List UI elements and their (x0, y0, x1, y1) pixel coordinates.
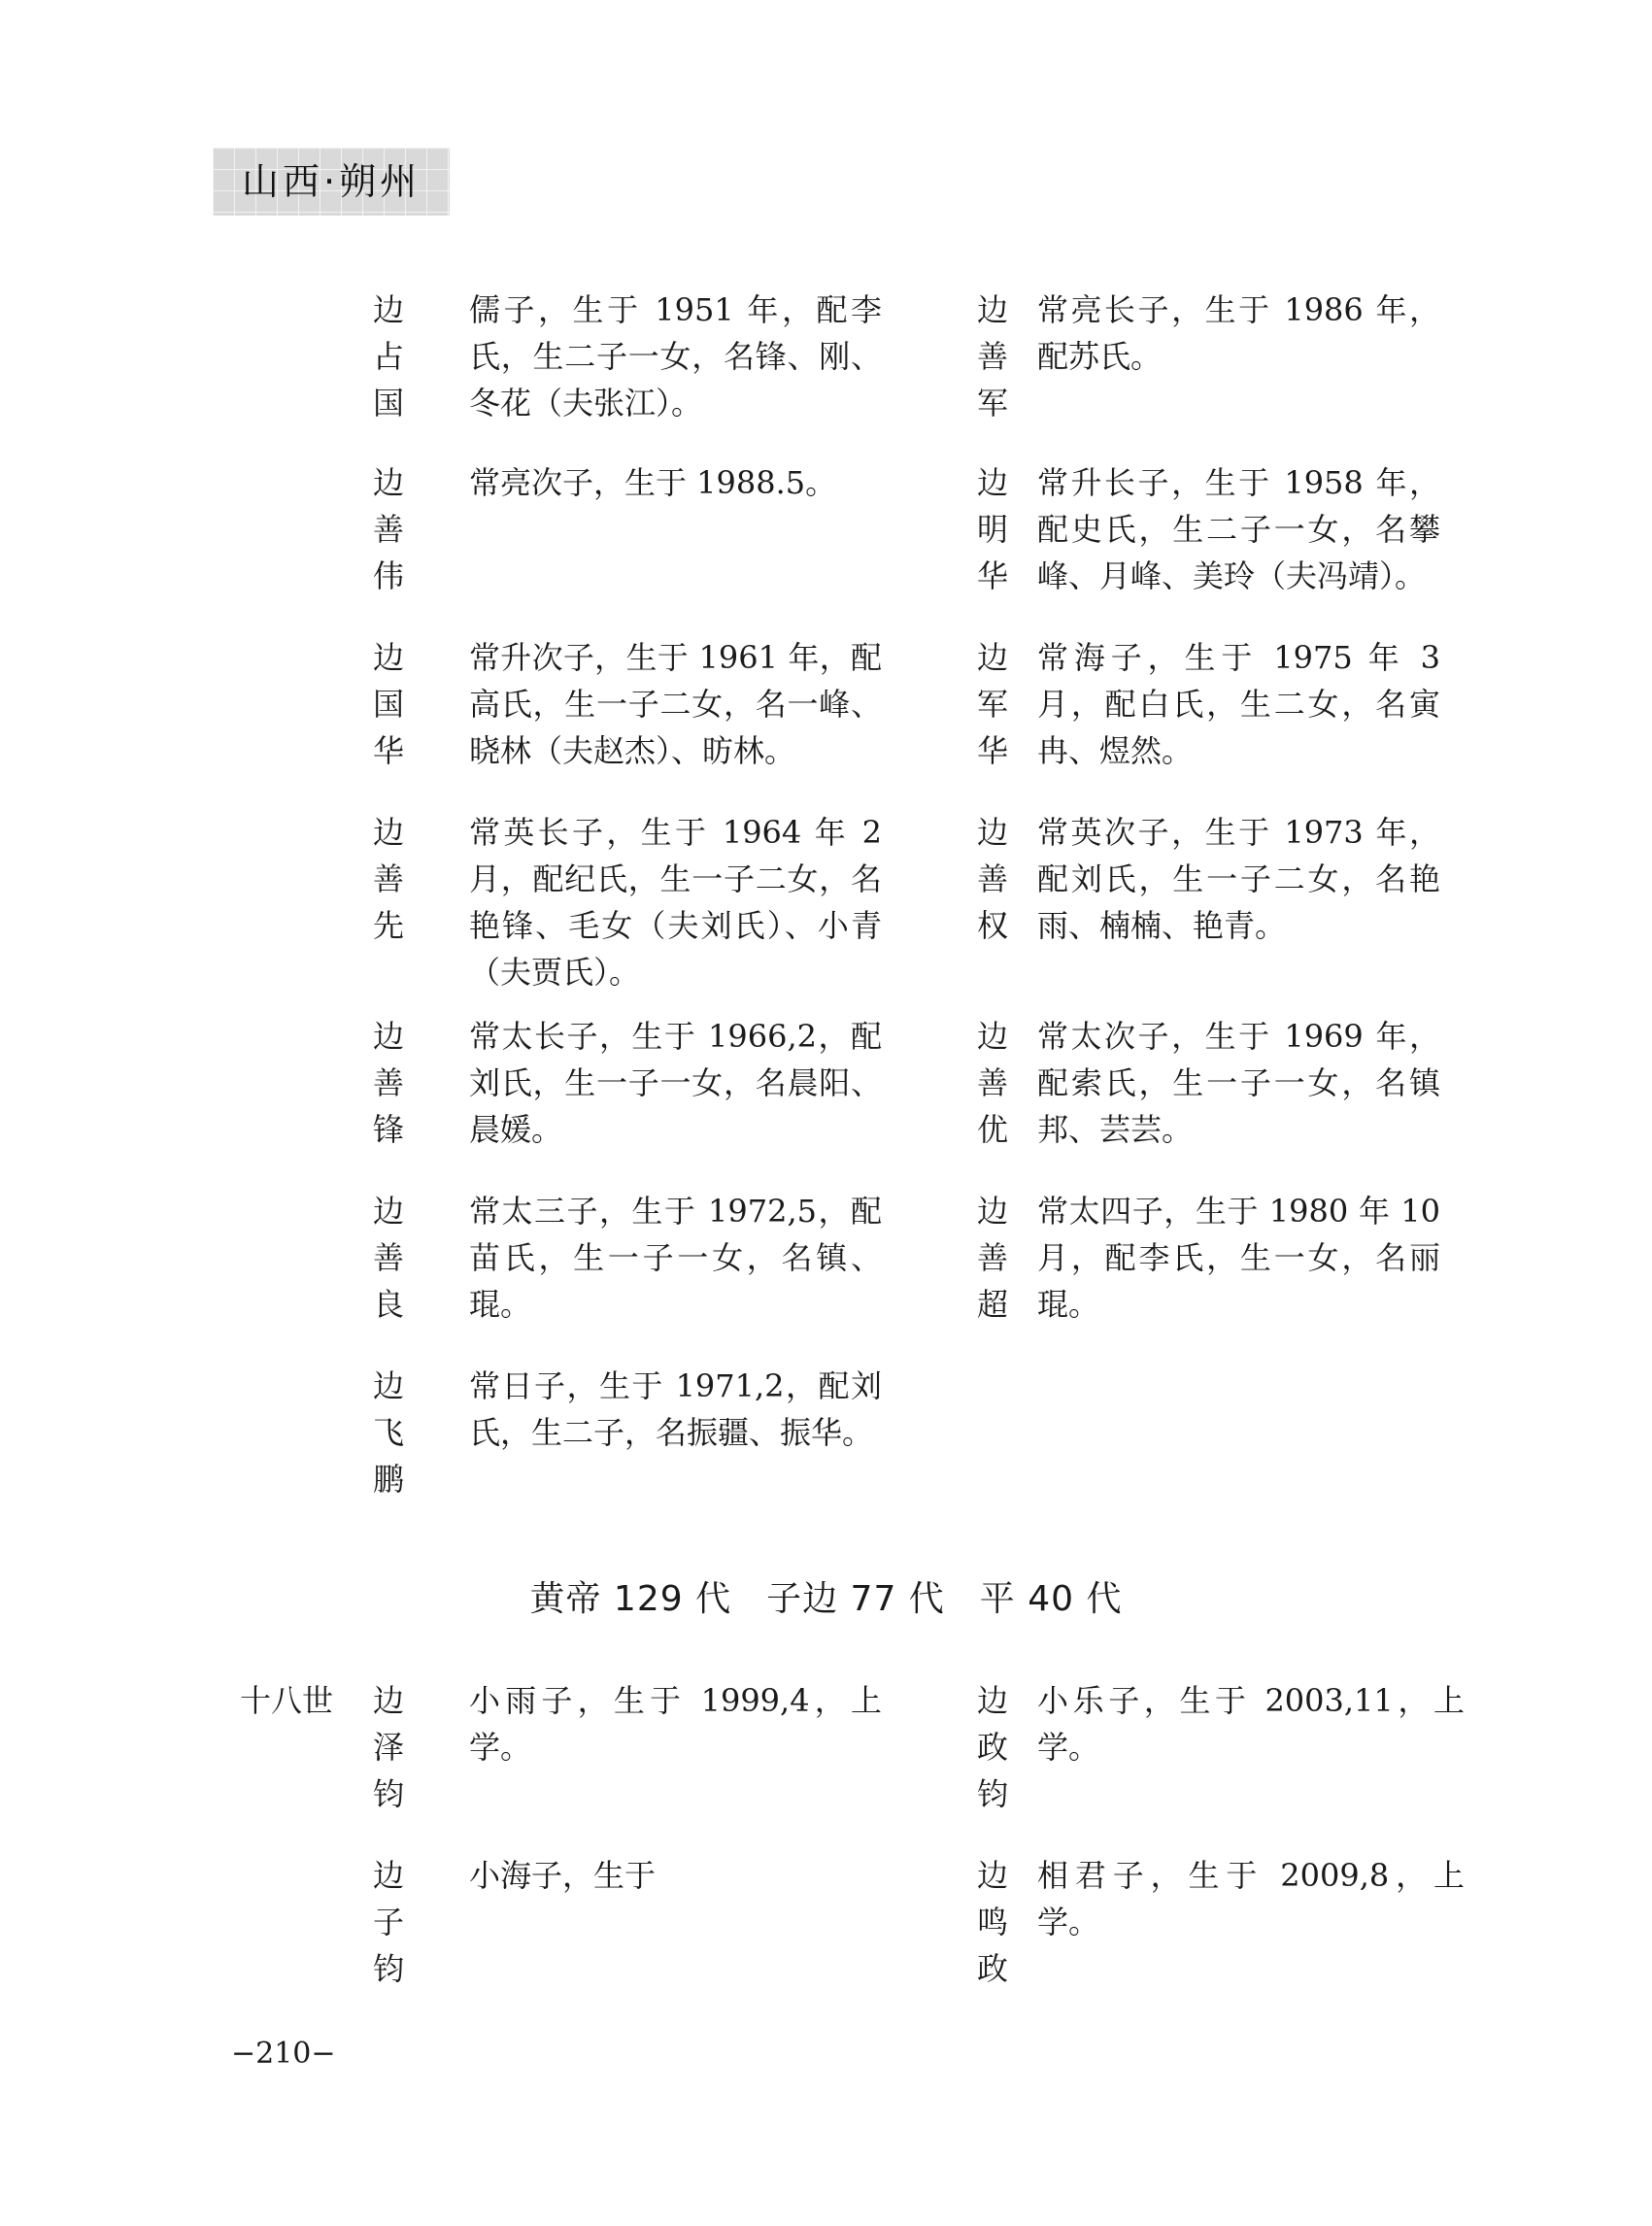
entry-name: 边善锋 (369, 1013, 408, 1153)
entry-name: 边善军 (973, 287, 1012, 426)
entry-text: 常海子，生于 1975 年 3 月，配白氏，生二女，名寅冉、煜然。 (1037, 634, 1440, 774)
entry-name: 边善伟 (369, 459, 408, 599)
entry-name: 边政钧 (973, 1677, 1012, 1817)
entry-name: 边善权 (973, 809, 1012, 949)
entry-text: 常升次子，生于 1961 年，配高氏，生一子二女，名一峰、晓林（夫赵杰）、昉林。 (469, 634, 882, 774)
heading-zibian: 子边 77 代 (766, 1579, 945, 1619)
entry-text: 常太次子，生于 1969 年，配索氏，生一子一女，名镇邦、芸芸。 (1037, 1013, 1440, 1153)
entry-text: 常太三子，生于 1972,5，配苗氏，生一子一女，名镇、琨。 (469, 1188, 882, 1328)
entry-text: 儒子，生于 1951 年，配李氏，生二子一女，名锋、刚、冬花（夫张江）。 (469, 287, 882, 426)
heading-ping: 平 40 代 (980, 1579, 1123, 1619)
entry-name: 边善优 (973, 1013, 1012, 1153)
entry-name: 边善良 (369, 1188, 408, 1328)
entry-text: 小雨子，生于 1999,4，上学。 (469, 1677, 882, 1771)
entry-name: 边国华 (369, 634, 408, 774)
page-number: −210− (231, 2035, 336, 2074)
entry-name: 边军华 (973, 634, 1012, 774)
entry-name: 边善超 (973, 1188, 1012, 1328)
entry-text: 常英次子，生于 1973 年，配刘氏，生一子二女，名艳雨、楠楠、艳青。 (1037, 809, 1440, 949)
entry-name: 边善先 (369, 809, 408, 949)
generation-label: 十八世 (240, 1677, 333, 1724)
entry-text: 常太长子，生于 1966,2，配刘氏，生一子一女，名晨阳、晨媛。 (469, 1013, 882, 1153)
entry-text: 小乐子，生于 2003,11，上学。 (1037, 1677, 1465, 1771)
entry-text: 常亮长子，生于 1986 年，配苏氏。 (1037, 287, 1440, 380)
entry-text: 常日子，生于 1971,2，配刘氏，生二子，名振疆、振华。 (469, 1363, 882, 1456)
entry-name: 边飞鹏 (369, 1363, 408, 1502)
header-title: 山西·朔州 (242, 159, 421, 204)
header-banner: 山西·朔州 (213, 148, 450, 216)
entry-text: 常太四子，生于 1980 年 10 月，配李氏，生一女，名丽琨。 (1037, 1188, 1440, 1328)
entry-name: 边占国 (369, 287, 408, 426)
section-heading: 黄帝 129 代子边 77 代平 40 代 (0, 1575, 1652, 1624)
heading-huangdi: 黄帝 129 代 (529, 1579, 731, 1619)
entry-name: 边明华 (973, 459, 1012, 599)
entry-text: 常英长子，生于 1964 年 2 月，配纪氏，生一子二女，名艳锋、毛女（夫刘氏）… (469, 809, 882, 995)
entry-name: 边子钧 (369, 1852, 408, 1992)
entry-text: 常亮次子，生于 1988.5。 (469, 459, 882, 506)
entry-name: 边泽钧 (369, 1677, 408, 1817)
entry-text: 常升长子，生于 1958 年，配史氏，生二子一女，名攀峰、月峰、美玲（夫冯靖）。 (1037, 459, 1440, 599)
entry-text: 相君子，生于 2009,8，上学。 (1037, 1852, 1465, 1945)
entry-text: 小海子，生于 (469, 1852, 882, 1899)
entry-name: 边鸣政 (973, 1852, 1012, 1992)
